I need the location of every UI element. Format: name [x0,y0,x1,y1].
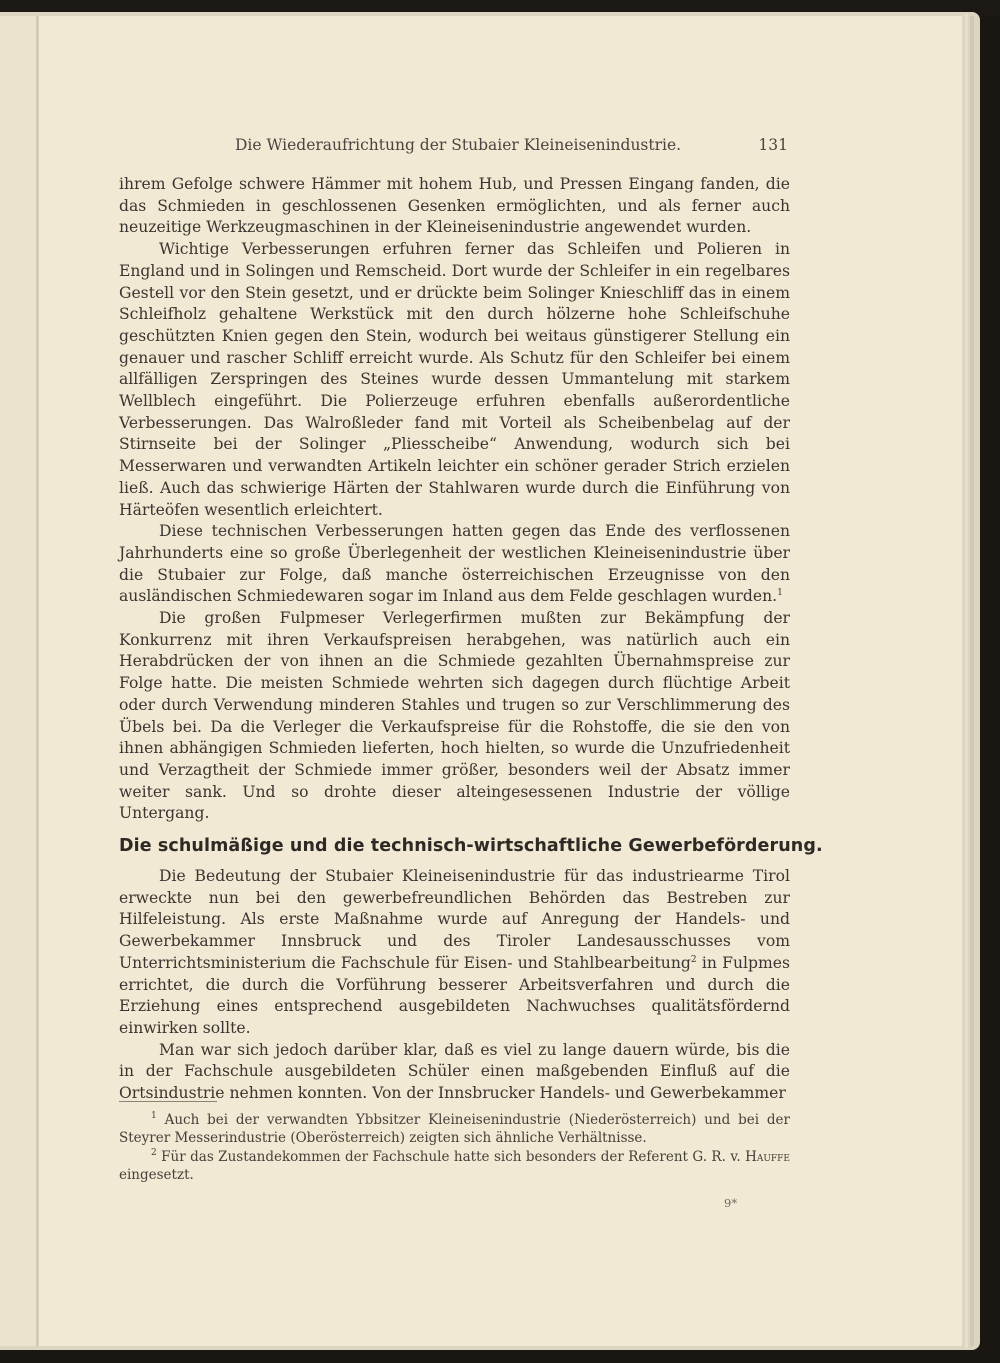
footnote-text: Auch bei der verwandten Ybbsitzer Kleine… [119,1112,790,1146]
paragraph: Die großen Fulpmeser Verlegerfirmen mußt… [119,608,790,825]
signature-mark: 9* [724,1196,737,1210]
paragraph: Diese technischen Verbesserungen hatten … [119,521,790,608]
footnote-rule [119,1101,217,1102]
page-edge [970,16,974,1346]
footnote-ref[interactable]: 1 [777,588,783,598]
page-edge [965,14,968,1348]
footnotes: 1 Auch bei der verwandten Ybbsitzer Klei… [119,1111,790,1184]
section-2-body: Die Bedeutung der Stubaier Kleineisenind… [119,866,790,1105]
paragraph: Die Bedeutung der Stubaier Kleineisenind… [119,866,790,1040]
section-1-body: ihrem Gefolge schwere Hämmer mit hohem H… [119,174,790,825]
paragraph: Wichtige Verbesserungen erfuhren ferner … [119,239,790,521]
paragraph-text: Die Bedeutung der Stubaier Kleineisenind… [119,867,790,972]
footnote-1: 1 Auch bei der verwandten Ybbsitzer Klei… [119,1111,790,1148]
page-fold-line [36,16,39,1346]
paragraph-text: Diese technischen Verbesserungen hatten … [119,522,790,605]
paragraph: ihrem Gefolge schwere Hämmer mit hohem H… [119,174,790,239]
gutter-shade [0,16,36,1346]
footnote-text: eingesetzt. [119,1167,194,1183]
section-heading: Die schulmäßige und die technisch-wirtsc… [119,836,790,856]
person-name: Hauffe [745,1149,790,1165]
footnote-2: 2 Für das Zustandekommen der Fachschule … [119,1148,790,1185]
page-number: 131 [758,136,788,154]
book-page: Die Wiederaufrichtung der Stubaier Klein… [0,16,962,1346]
paragraph: Man war sich jedoch darüber klar, daß es… [119,1040,790,1105]
running-head-title: Die Wiederaufrichtung der Stubaier Klein… [235,136,681,154]
footnote-text: Für das Zustandekommen der Fachschule ha… [157,1149,745,1165]
